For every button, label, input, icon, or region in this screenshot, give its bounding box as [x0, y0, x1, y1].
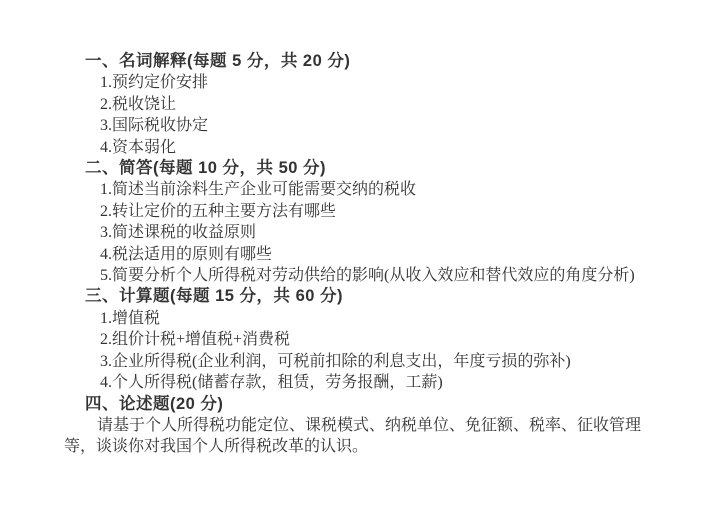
- section-heading: 二、简答(每题 10 分，共 50 分): [64, 158, 649, 179]
- question-item: 2.转让定价的五种主要方法有哪些: [64, 201, 649, 222]
- question-item: 3.简述课税的收益原则: [64, 222, 649, 243]
- question-item: 1.简述当前涂料生产企业可能需要交纳的税收: [64, 179, 649, 200]
- section-heading: 四、论述题(20 分): [64, 394, 649, 415]
- question-item: 1.增值税: [64, 308, 649, 329]
- section-essay: 四、论述题(20 分) 请基于个人所得税功能定位、课税模式、纳税单位、免征额、税…: [64, 394, 649, 458]
- section-calculation: 三、计算题(每题 15 分，共 60 分) 1.增值税 2.组价计税+增值税+消…: [64, 286, 649, 393]
- essay-prompt: 请基于个人所得税功能定位、课税模式、纳税单位、免征额、税率、征收管理等，谈谈你对…: [64, 415, 649, 458]
- question-item: 1.预约定价安排: [64, 72, 649, 93]
- question-item: 3.企业所得税(企业利润，可税前扣除的利息支出，年度亏损的弥补): [64, 351, 649, 372]
- question-item: 4.个人所得税(储蓄存款，租赁，劳务报酬，工薪): [64, 372, 649, 393]
- question-item: 4.税法适用的原则有哪些: [64, 244, 649, 265]
- question-item: 5.简要分析个人所得税对劳动供给的影响(从收入效应和替代效应的角度分析): [64, 265, 649, 286]
- section-heading: 一、名词解释(每题 5 分，共 20 分): [64, 51, 649, 72]
- question-item: 3.国际税收协定: [64, 115, 649, 136]
- question-item: 4.资本弱化: [64, 137, 649, 158]
- exam-document: 一、名词解释(每题 5 分，共 20 分) 1.预约定价安排 2.税收饶让 3.…: [64, 51, 649, 458]
- question-item: 2.税收饶让: [64, 94, 649, 115]
- section-noun-definitions: 一、名词解释(每题 5 分，共 20 分) 1.预约定价安排 2.税收饶让 3.…: [64, 51, 649, 158]
- section-heading: 三、计算题(每题 15 分，共 60 分): [64, 286, 649, 307]
- question-item: 2.组价计税+增值税+消费税: [64, 329, 649, 350]
- section-short-answer: 二、简答(每题 10 分，共 50 分) 1.简述当前涂料生产企业可能需要交纳的…: [64, 158, 649, 286]
